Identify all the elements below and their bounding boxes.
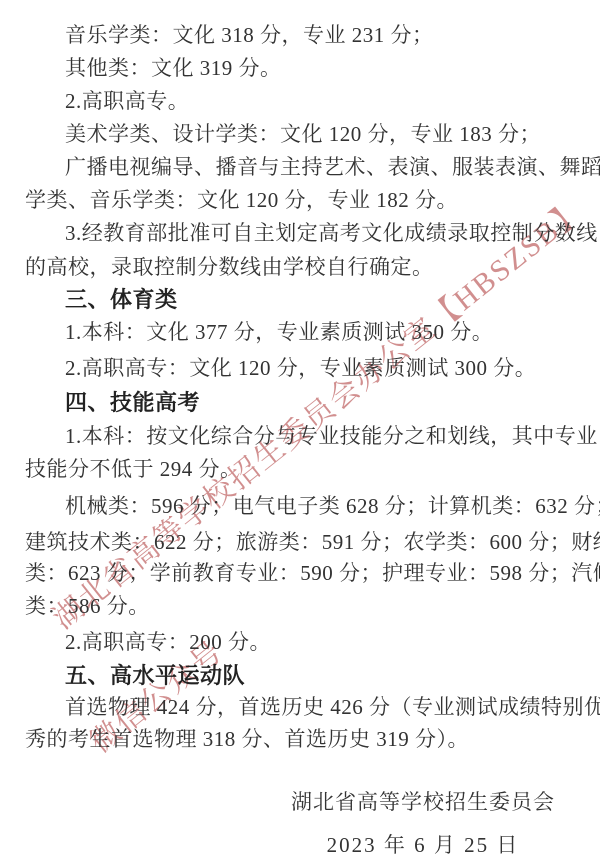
text-line: 类：586 分。	[25, 591, 577, 621]
text-line: 1.本科：按文化综合分与专业技能分之和划线，其中专业	[25, 421, 600, 451]
section-heading-skills-exam: 四、技能高考	[25, 388, 600, 418]
text-line: 秀的考生首选物理 318 分、首选历史 319 分）。	[25, 724, 577, 754]
text-line: 美术学类、设计学类：文化 120 分，专业 183 分；	[25, 119, 600, 149]
text-line: 2.高职高专：200 分。	[25, 627, 600, 657]
text-line: 建筑技术类：622 分；旅游类：591 分；农学类：600 分；财经	[25, 527, 577, 557]
text-line: 音乐学类：文化 318 分，专业 231 分；	[25, 20, 600, 50]
text-line: 其他类：文化 319 分。	[25, 53, 600, 83]
signature-block: 湖北省高等学校招生委员会 2023 年 6 月 25 日	[291, 786, 555, 859]
text-line: 类：623 分；学前教育专业：590 分；护理专业：598 分；汽修	[25, 558, 577, 588]
text-line: 2.高职高专。	[25, 86, 600, 116]
text-line: 技能分不低于 294 分。	[25, 454, 577, 484]
text-line: 广播电视编导、播音与主持艺术、表演、服装表演、舞蹈	[25, 152, 600, 182]
text-line: 1.本科：文化 377 分，专业素质测试 350 分。	[25, 317, 600, 347]
text-line: 3.经教育部批准可自主划定高考文化成绩录取控制分数线	[25, 218, 600, 248]
document-page: 湖北省高等学校招生委员会办公室【HBSZSB】 微信公众号 音乐学类：文化 31…	[0, 0, 600, 865]
section-heading-sports: 三、体育类	[25, 285, 600, 315]
text-line: 的高校，录取控制分数线由学校自行确定。	[25, 252, 577, 282]
text-line: 首选物理 424 分，首选历史 426 分（专业测试成绩特别优	[25, 692, 600, 722]
section-heading-high-level-sports-team: 五、高水平运动队	[25, 661, 600, 691]
signature-date: 2023 年 6 月 25 日	[291, 829, 555, 859]
text-line: 2.高职高专：文化 120 分，专业素质测试 300 分。	[25, 353, 600, 383]
text-line: 机械类：596 分；电气电子类 628 分；计算机类：632 分；	[25, 491, 600, 521]
signature-committee: 湖北省高等学校招生委员会	[291, 786, 555, 816]
text-line: 学类、音乐学类：文化 120 分，专业 182 分。	[25, 185, 577, 215]
